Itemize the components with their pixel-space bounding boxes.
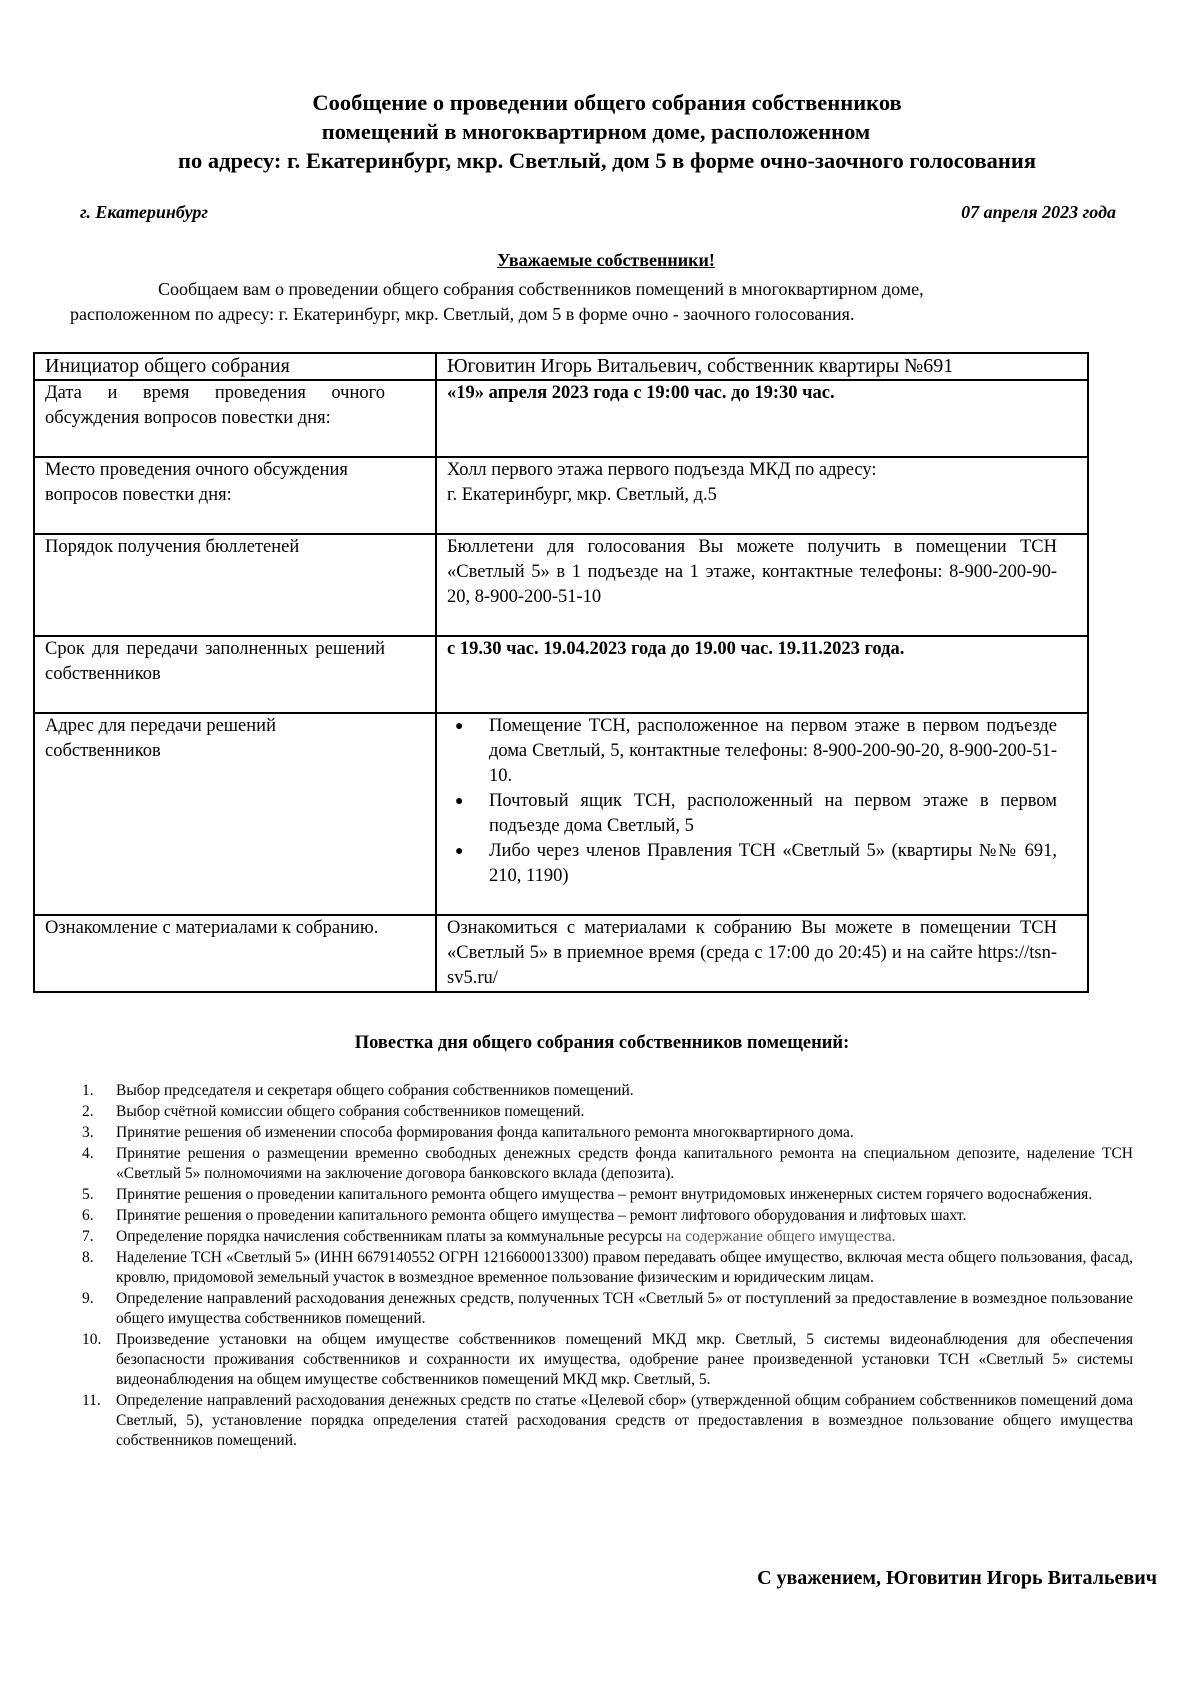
agenda-item-text: Определение порядка начисления собственн… <box>116 1228 666 1245</box>
agenda-item: 7.Определение порядка начисления собстве… <box>70 1227 1133 1247</box>
table-row-deadline: Срок для передачи заполненных решений со… <box>34 636 1088 713</box>
title-line-2: помещений в многоквартирном доме, распол… <box>0 117 1192 146</box>
table-row-datetime: Дата и время проведения очного обсуждени… <box>34 380 1088 457</box>
agenda-item: 4.Принятие решения о размещении временно… <box>70 1144 1133 1184</box>
agenda-item-number: 11. <box>82 1391 101 1411</box>
table-row-location: Место проведения очного обсуждения вопро… <box>34 457 1088 534</box>
agenda-item-number: 1. <box>82 1081 94 1101</box>
agenda-item-text: Произведение установки на общем имуществ… <box>116 1331 1133 1388</box>
agenda-item-text: Определение направлений расходования ден… <box>116 1290 1133 1327</box>
row-value: с 19.30 час. 19.04.2023 года до 19.00 ча… <box>436 636 1088 713</box>
address-bullet: Либо через членов Правления ТСН «Светлый… <box>447 839 1057 889</box>
row-value: Ознакомиться с материалами к собранию Вы… <box>436 915 1088 992</box>
row-value: Помещение ТСН, расположенное на первом э… <box>436 713 1088 915</box>
table-row-submission-address: Адрес для передачи решений собственников… <box>34 713 1088 915</box>
agenda-item-number: 5. <box>82 1185 94 1205</box>
row-value: Юговитин Игорь Витальевич, собственник к… <box>436 353 1088 380</box>
row-label: Инициатор общего собрания <box>34 353 436 380</box>
agenda-item-number: 3. <box>82 1123 94 1143</box>
address-bullet: Почтовый ящик ТСН, расположенный на перв… <box>447 789 1057 839</box>
agenda-item-text-muted: на содержание общего имущества. <box>666 1228 895 1245</box>
row-label: Ознакомление с материалами к собранию. <box>34 915 436 992</box>
agenda-item-number: 6. <box>82 1206 94 1226</box>
agenda-item: 6.Принятие решения о проведении капиталь… <box>70 1206 1133 1226</box>
intro-line-2: расположенном по адресу: г. Екатеринбург… <box>70 302 1110 327</box>
row-label: Срок для передачи заполненных решений со… <box>34 636 436 713</box>
greeting: Уважаемые собственники! <box>0 250 1192 271</box>
agenda-item: 5.Принятие решения о проведении капиталь… <box>70 1185 1133 1205</box>
row-label: Место проведения очного обсуждения вопро… <box>34 457 436 534</box>
row-value: Бюллетени для голосования Вы можете полу… <box>436 534 1088 636</box>
agenda-item: 8.Наделение ТСН «Светлый 5» (ИНН 6679140… <box>70 1248 1133 1288</box>
row-label: Дата и время проведения очного обсуждени… <box>34 380 436 457</box>
table-row-ballots: Порядок получения бюллетеней Бюллетени д… <box>34 534 1088 636</box>
agenda-item-text: Принятие решения о размещении временно с… <box>116 1145 1133 1182</box>
agenda-item-text: Выбор счётной комиссии общего собрания с… <box>116 1103 584 1120</box>
agenda-item-number: 4. <box>82 1144 94 1164</box>
agenda-item: 9.Определение направлений расходования д… <box>70 1289 1133 1329</box>
agenda-title: Повестка дня общего собрания собственник… <box>0 1033 1192 1054</box>
agenda-item-number: 2. <box>82 1102 94 1122</box>
table-row-materials: Ознакомление с материалами к собранию. О… <box>34 915 1088 992</box>
agenda-item: 10.Произведение установки на общем имуще… <box>70 1330 1133 1390</box>
document-title: Сообщение о проведении общего собрания с… <box>0 88 1192 175</box>
title-line-1: Сообщение о проведении общего собрания с… <box>0 88 1192 117</box>
intro-line-1: Сообщаем вам о проведении общего собрани… <box>70 277 1110 302</box>
meeting-info-table: Инициатор общего собрания Юговитин Игорь… <box>33 352 1089 993</box>
agenda-item-text: Выбор председателя и секретаря общего со… <box>116 1082 634 1099</box>
agenda-item-text: Принятие решения о проведении капитально… <box>116 1186 1092 1203</box>
agenda-item-number: 10. <box>82 1330 101 1350</box>
document-date: 07 апреля 2023 года <box>961 202 1116 223</box>
row-label: Адрес для передачи решений собственников <box>34 713 436 915</box>
agenda-item-text: Определение направлений расходования ден… <box>116 1392 1133 1449</box>
agenda-item: 2.Выбор счётной комиссии общего собрания… <box>70 1102 1133 1122</box>
agenda-item: 1.Выбор председателя и секретаря общего … <box>70 1081 1133 1101</box>
address-list: Помещение ТСН, расположенное на первом э… <box>447 714 1057 889</box>
agenda-item-text: Наделение ТСН «Светлый 5» (ИНН 667914055… <box>116 1249 1133 1286</box>
document-page: Сообщение о проведении общего собрания с… <box>0 0 1192 1684</box>
signature: С уважением, Юговитин Игорь Витальевич <box>757 1567 1157 1590</box>
intro-paragraph: Сообщаем вам о проведении общего собрани… <box>70 277 1110 327</box>
row-value: «19» апреля 2023 года с 19:00 час. до 19… <box>436 380 1088 457</box>
agenda-item: 3.Принятие решения об изменении способа … <box>70 1123 1133 1143</box>
address-bullet: Помещение ТСН, расположенное на первом э… <box>447 714 1057 789</box>
agenda-item-number: 7. <box>82 1227 94 1247</box>
agenda-item-number: 9. <box>82 1289 94 1309</box>
value-line: г. Екатеринбург, мкр. Светлый, д.5 <box>447 483 1057 508</box>
agenda-item-text: Принятие решения об изменении способа фо… <box>116 1124 854 1141</box>
row-value: Холл первого этажа первого подъезда МКД … <box>436 457 1088 534</box>
agenda-item-number: 8. <box>82 1248 94 1268</box>
table-row-initiator: Инициатор общего собрания Юговитин Игорь… <box>34 353 1088 380</box>
title-line-3: по адресу: г. Екатеринбург, мкр. Светлый… <box>0 146 1192 175</box>
agenda-item: 11.Определение направлений расходования … <box>70 1391 1133 1451</box>
city: г. Екатеринбург <box>80 202 208 223</box>
agenda-list: 1.Выбор председателя и секретаря общего … <box>70 1081 1133 1452</box>
row-label: Порядок получения бюллетеней <box>34 534 436 636</box>
agenda-item-text: Принятие решения о проведении капитально… <box>116 1207 966 1224</box>
value-line: Холл первого этажа первого подъезда МКД … <box>447 458 1057 483</box>
